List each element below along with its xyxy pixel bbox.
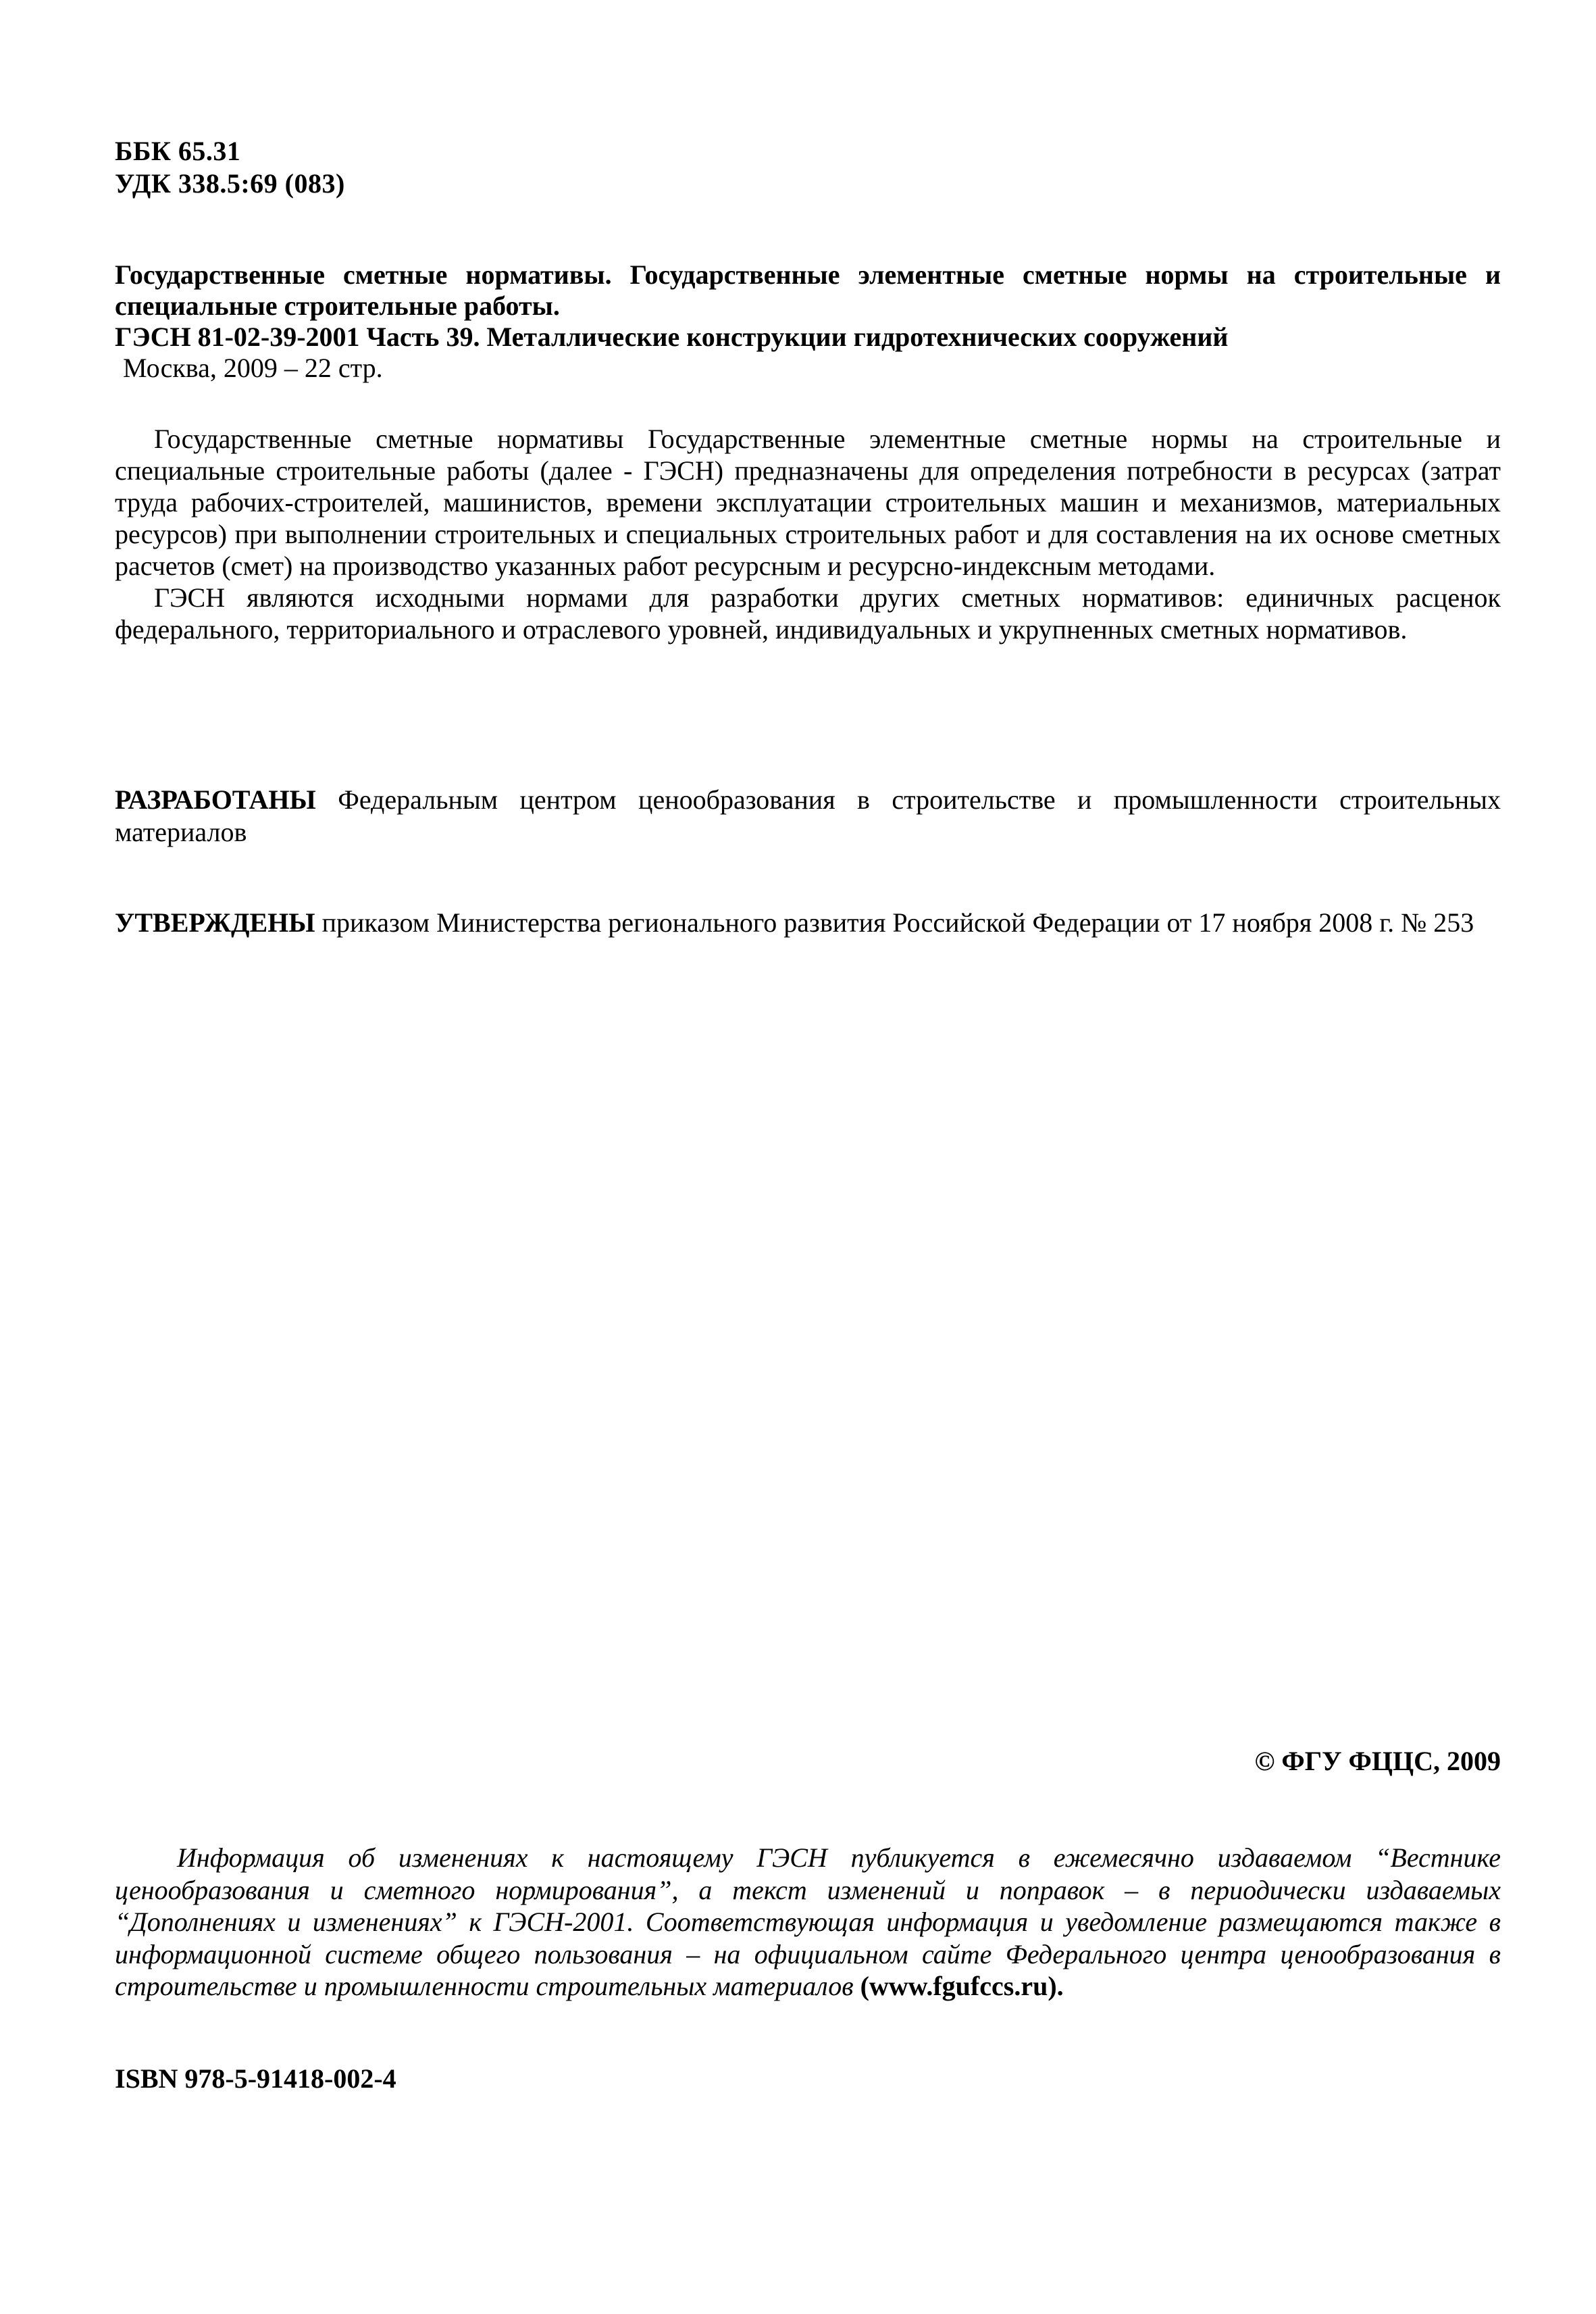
annotation-paragraph-2: ГЭСН являются исходными нормами для разр… (115, 582, 1501, 645)
annotation-body: Государственные сметные нормативы Госуда… (115, 423, 1501, 645)
developed-label: РАЗРАБОТАНЫ (115, 784, 316, 815)
copyright-text: © ФГУ ФЦЦС, 2009 (115, 1745, 1501, 1777)
isbn-text: ISBN 978-5-91418-002-4 (115, 2063, 1501, 2094)
copyright-notice: © ФГУ ФЦЦС, 2009 (115, 1745, 1501, 1777)
document-part-title: ГЭСН 81-02-39-2001 Часть 39. Металлическ… (115, 322, 1501, 353)
document-title: Государственные сметные нормативы. Госуд… (115, 259, 1501, 322)
changes-notice-section: Информация об изменениях к настоящему ГЭ… (115, 1842, 1501, 2003)
annotation-paragraph-1: Государственные сметные нормативы Госуда… (115, 423, 1501, 582)
bbk-code: ББК 65.31 (115, 135, 1501, 168)
bibliographic-title-block: Государственные сметные нормативы. Госуд… (115, 259, 1501, 384)
developed-text: Федеральным центром ценообразования в ст… (115, 784, 1501, 847)
document-page: ББК 65.31 УДК 338.5:69 (083) Государстве… (0, 0, 1596, 2314)
classification-codes: ББК 65.31 УДК 338.5:69 (083) (115, 135, 1501, 200)
approved-by-section: УТВЕРЖДЕНЫ приказом Министерства региона… (115, 907, 1501, 939)
developed-by-section: РАЗРАБОТАНЫ Федеральным центром ценообра… (115, 784, 1501, 849)
imprint-line: Москва, 2009 – 22 стр. (115, 353, 1501, 384)
approved-label: УТВЕРЖДЕНЫ (115, 907, 315, 938)
changes-notice-text: Информация об изменениях к настоящему ГЭ… (115, 1842, 1501, 2001)
changes-notice-paragraph: Информация об изменениях к настоящему ГЭ… (115, 1842, 1501, 2003)
isbn-section: ISBN 978-5-91418-002-4 (115, 2063, 1501, 2094)
udk-code: УДК 338.5:69 (083) (115, 168, 1501, 200)
developed-by-paragraph: РАЗРАБОТАНЫ Федеральным центром ценообра… (115, 784, 1501, 849)
approved-text: приказом Министерства регионального разв… (315, 907, 1474, 938)
website-url: (www.fgufccs.ru). (860, 1971, 1064, 2001)
approved-by-paragraph: УТВЕРЖДЕНЫ приказом Министерства региона… (115, 907, 1501, 939)
